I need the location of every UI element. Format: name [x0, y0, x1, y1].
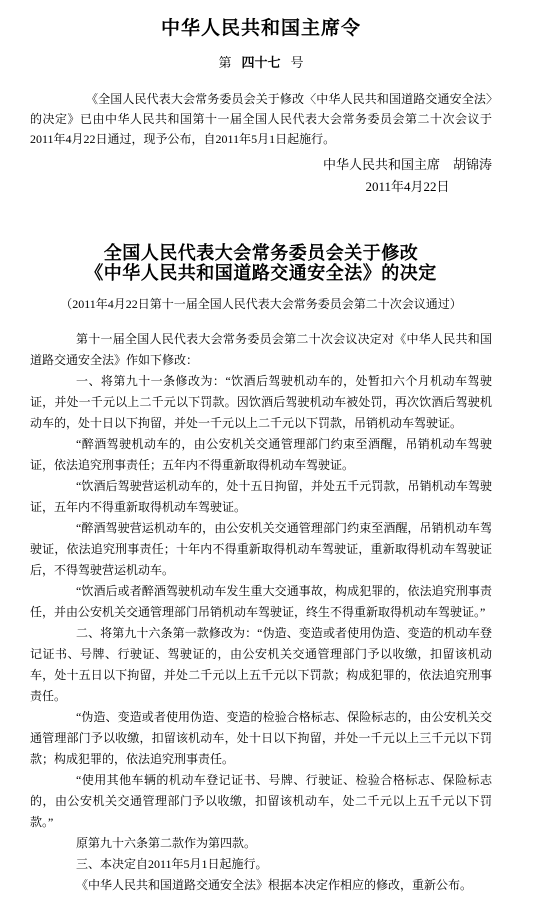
decision-title-line2: 《中华人民共和国道路交通安全法》的决定 — [30, 263, 492, 283]
decision-section: 全国人民代表大会常务委员会关于修改 《中华人民共和国道路交通安全法》的决定 （2… — [30, 243, 492, 896]
decision-paragraph: 三、本决定自2011年5月1日起施行。 — [30, 854, 492, 875]
decision-title: 全国人民代表大会常务委员会关于修改 《中华人民共和国道路交通安全法》的决定 — [30, 243, 492, 283]
decision-body: 第十一届全国人民代表大会常务委员会第二十次会议决定对《中华人民共和国道路交通安全… — [30, 329, 492, 896]
signature-date: 2011年4月22日 — [323, 177, 492, 197]
decree-number-prefix: 第 — [218, 55, 231, 70]
adoption-note: （2011年4月22日第十一届全国人民代表大会常务委员会第二十次会议通过） — [30, 297, 492, 311]
decision-paragraph: “醉酒驾驶营运机动车的，由公安机关交通管理部门约束至酒醒，吊销机动车驾驶证，依法… — [30, 518, 492, 581]
decision-paragraph: 二、将第九十六条第一款修改为：“伪造、变造或者使用伪造、变造的机动车登记证书、号… — [30, 623, 492, 707]
decision-title-line1: 全国人民代表大会常务委员会关于修改 — [30, 243, 492, 263]
decree-body-paragraph: 《全国人民代表大会常务委员会关于修改〈中华人民共和国道路交通安全法〉的决定》已由… — [30, 89, 492, 149]
decision-paragraph: 《中华人民共和国道路交通安全法》根据本决定作相应的修改，重新公布。 — [30, 875, 492, 896]
decree-title: 中华人民共和国主席令 — [30, 18, 492, 40]
decision-paragraph: “伪造、变造或者使用伪造、变造的检验合格标志、保险标志的，由公安机关交通管理部门… — [30, 707, 492, 770]
decision-paragraph: “醉酒驾驶机动车的，由公安机关交通管理部门约束至酒醒，吊销机动车驾驶证，依法追究… — [30, 434, 492, 476]
document-page: 中华人民共和国主席令 第四十七号 《全国人民代表大会常务委员会关于修改〈中华人民… — [0, 0, 537, 920]
signer-line: 中华人民共和国主席 胡锦涛 — [323, 155, 492, 175]
presidential-decree-section: 中华人民共和国主席令 第四十七号 《全国人民代表大会常务委员会关于修改〈中华人民… — [30, 18, 492, 197]
decision-paragraph: “使用其他车辆的机动车登记证书、号牌、行驶证、检验合格标志、保险标志的，由公安机… — [30, 770, 492, 833]
decision-paragraph: 第十一届全国人民代表大会常务委员会第二十次会议决定对《中华人民共和国道路交通安全… — [30, 329, 492, 371]
decree-number-suffix: 号 — [291, 55, 304, 70]
decision-paragraph: “饮酒后驾驶营运机动车的，处十五日拘留，并处五千元罚款，吊销机动车驾驶证，五年内… — [30, 476, 492, 518]
decree-number-value: 四十七 — [241, 55, 280, 70]
decision-paragraph: “饮酒后或者醉酒驾驶机动车发生重大交通事故，构成犯罪的，依法追究刑事责任，并由公… — [30, 581, 492, 623]
signature-block: 中华人民共和国主席 胡锦涛 2011年4月22日 — [323, 155, 492, 197]
decree-number-line: 第四十七号 — [30, 54, 492, 72]
decision-paragraph: 一、将第九十一条修改为：“饮酒后驾驶机动车的，处暂扣六个月机动车驾驶证，并处一千… — [30, 371, 492, 434]
decision-paragraph: 原第九十六条第二款作为第四款。 — [30, 833, 492, 854]
